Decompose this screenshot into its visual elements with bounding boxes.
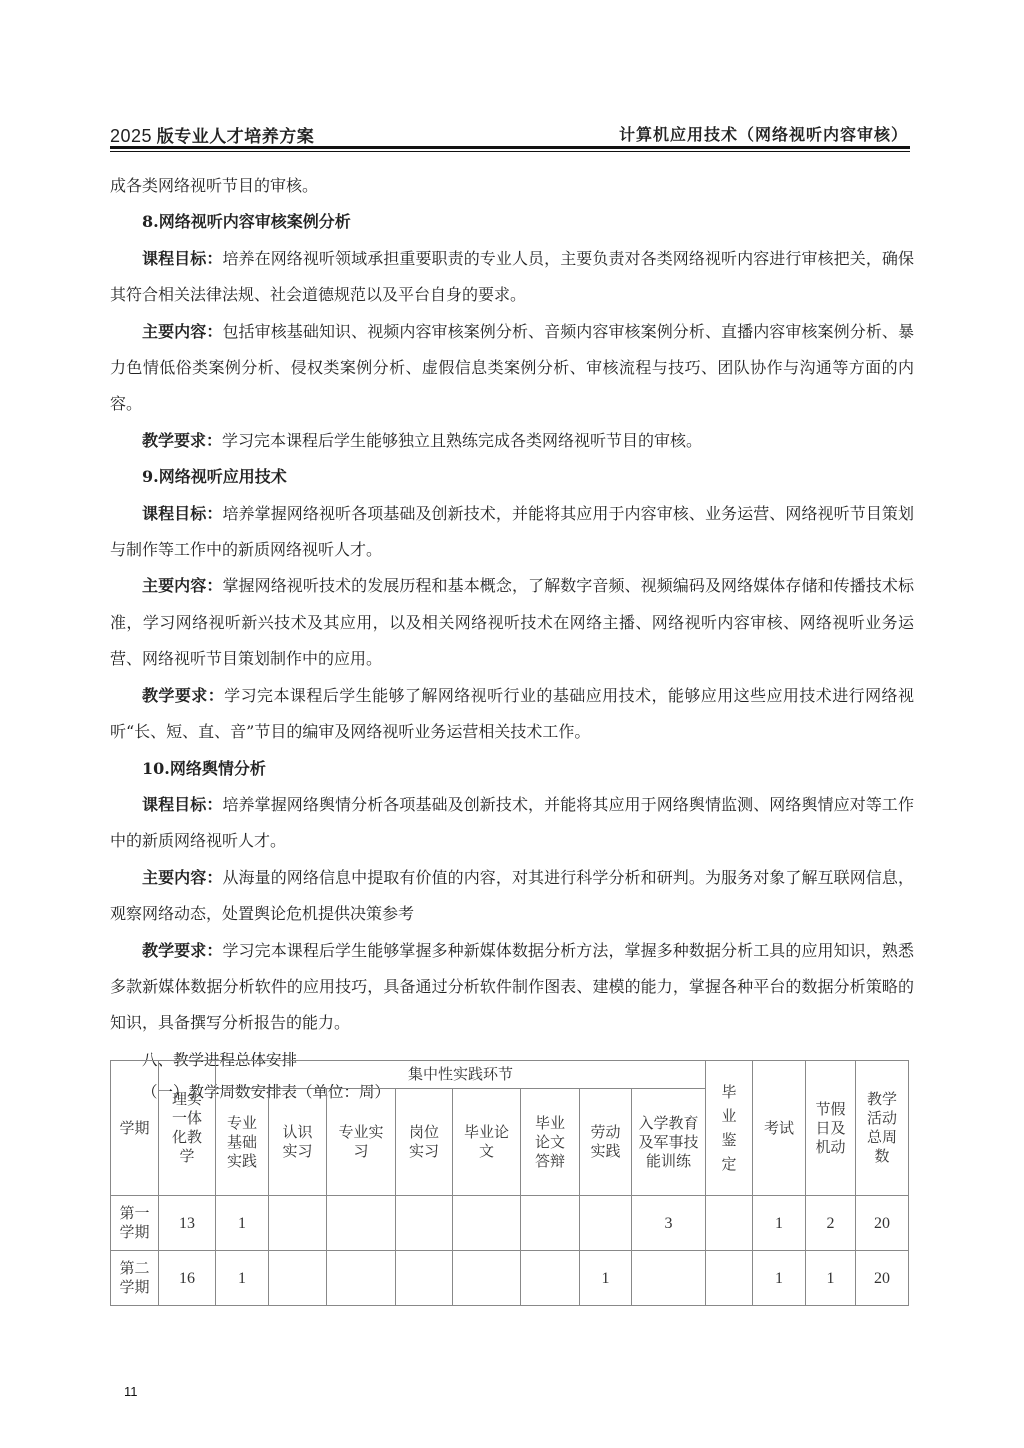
goal-text: 培养在网络视听领域承担重要职责的专业人员，主要负责对各类网络视听内容进行审核把关… [110, 249, 914, 304]
content-label: 主要内容： [142, 322, 222, 341]
cell-total: 20 [856, 1196, 909, 1251]
cell-exam: 1 [753, 1196, 806, 1251]
content-text: 掌握网络视听技术的发展历程和基本概念，了解数字音频、视频编码及网络媒体存储和传播… [110, 576, 914, 668]
course-8-goal: 课程目标：培养在网络视听领域承担重要职责的专业人员，主要负责对各类网络视听内容进… [110, 241, 914, 314]
header-rule-thick [110, 146, 910, 149]
req-label: 教学要求： [142, 431, 222, 450]
course-8-title: 8.网络视听内容审核案例分析 [110, 204, 914, 240]
cell-basic-practice: 1 [216, 1196, 269, 1251]
goal-label: 课程目标： [142, 795, 222, 814]
content-label: 主要内容： [142, 868, 222, 887]
table-row: 第一学期 13 1 3 1 2 20 [111, 1196, 909, 1251]
header-major-title: 计算机应用技术（网络视听内容审核） [619, 122, 908, 145]
course-9-content: 主要内容：掌握网络视听技术的发展历程和基本概念，了解数字音频、视频编码及网络媒体… [110, 568, 914, 677]
course-10-goal: 课程目标：培养掌握网络舆情分析各项基础及创新技术，并能将其应用于网络舆情监测、网… [110, 787, 914, 860]
content-label: 主要内容： [142, 576, 222, 595]
col-header-basic-practice: 专业基础实践 [216, 1089, 269, 1196]
cell-holiday: 2 [806, 1196, 856, 1251]
col-header-orientation-military: 入学教育及军事技能训练 [632, 1089, 706, 1196]
col-header-graduation-eval: 毕业鉴定 [706, 1061, 753, 1196]
header-program-title: 2025 版专业人才培养方案 [110, 122, 314, 147]
col-header-group-practice: 集中性实践环节 [216, 1061, 706, 1089]
goal-text: 培养掌握网络视听各项基础及创新技术，并能将其应用于内容审核、业务运营、网络视听节… [110, 504, 914, 559]
cell-basic-practice: 1 [216, 1251, 269, 1306]
cell-cognitive-internship [269, 1196, 327, 1251]
cell-job-internship [396, 1196, 453, 1251]
header-left-title: 版专业人才培养方案 [157, 127, 315, 146]
col-header-exam: 考试 [753, 1061, 806, 1196]
cell-labor-practice [580, 1196, 632, 1251]
course-8-requirements: 教学要求：学习完本课程后学生能够独立且熟练完成各类网络视听节目的审核。 [110, 423, 914, 459]
cell-integrated: 16 [159, 1251, 216, 1306]
req-label: 教学要求： [142, 686, 224, 705]
req-text: 学习完本课程后学生能够掌握多种新媒体数据分析方法，掌握多种数据分析工具的应用知识… [110, 941, 914, 1033]
cell-term: 第一学期 [111, 1196, 159, 1251]
cell-total: 20 [856, 1251, 909, 1306]
table-header-row-1: 学期 理实一体化教学 集中性实践环节 毕业鉴定 考试 节假日及机动 教学活动总周… [111, 1061, 909, 1089]
col-header-thesis: 毕业论文 [453, 1089, 521, 1196]
cell-professional-internship [327, 1251, 396, 1306]
page-number: 11 [124, 1384, 138, 1399]
goal-label: 课程目标： [142, 504, 222, 523]
req-text: 学习完本课程后学生能够独立且熟练完成各类网络视听节目的审核。 [222, 431, 702, 450]
col-header-cognitive-internship: 认识实习 [269, 1089, 327, 1196]
col-header-holiday: 节假日及机动 [806, 1061, 856, 1196]
cell-term: 第二学期 [111, 1251, 159, 1306]
course-9-requirements: 教学要求：学习完本课程后学生能够了解网络视听行业的基础应用技术，能够应用这些应用… [110, 678, 914, 751]
cell-orientation-military: 3 [632, 1196, 706, 1251]
col-header-total: 教学活动总周数 [856, 1061, 909, 1196]
col-header-job-internship: 岗位实习 [396, 1089, 453, 1196]
goal-label: 课程目标： [142, 249, 222, 268]
cell-orientation-military [632, 1251, 706, 1306]
cell-holiday: 1 [806, 1251, 856, 1306]
table-row: 第二学期 16 1 1 1 1 20 [111, 1251, 909, 1306]
col-header-thesis-defense: 毕业论文答辩 [521, 1089, 580, 1196]
col-header-professional-internship: 专业实习 [327, 1089, 396, 1196]
teaching-weeks-table: 学期 理实一体化教学 集中性实践环节 毕业鉴定 考试 节假日及机动 教学活动总周… [110, 1060, 909, 1306]
cell-thesis-defense [521, 1251, 580, 1306]
cell-exam: 1 [753, 1251, 806, 1306]
req-text: 学习完本课程后学生能够了解网络视听行业的基础应用技术，能够应用这些应用技术进行网… [110, 686, 914, 741]
col-header-term: 学期 [111, 1061, 159, 1196]
req-label: 教学要求： [142, 941, 222, 960]
goal-text: 培养掌握网络舆情分析各项基础及创新技术，并能将其应用于网络舆情监测、网络舆情应对… [110, 795, 914, 850]
course-9-goal: 课程目标：培养掌握网络视听各项基础及创新技术，并能将其应用于内容审核、业务运营、… [110, 496, 914, 569]
content-text: 包括审核基础知识、视频内容审核案例分析、音频内容审核案例分析、直播内容审核案例分… [110, 322, 914, 414]
col-header-labor-practice: 劳动实践 [580, 1089, 632, 1196]
cell-thesis [453, 1251, 521, 1306]
course-10-content: 主要内容：从海量的网络信息中提取有价值的内容，对其进行科学分析和研判。为服务对象… [110, 860, 914, 933]
header-rule-thin [110, 151, 910, 152]
course-9-title: 9.网络视听应用技术 [110, 459, 914, 495]
course-10-requirements: 教学要求：学习完本课程后学生能够掌握多种新媒体数据分析方法，掌握多种数据分析工具… [110, 933, 914, 1042]
col-header-integrated: 理实一体化教学 [159, 1061, 216, 1196]
course-10-title: 10.网络舆情分析 [110, 751, 914, 787]
page-header: 2025 版专业人才培养方案 计算机应用技术（网络视听内容审核） [110, 122, 908, 146]
cell-labor-practice: 1 [580, 1251, 632, 1306]
cell-thesis-defense [521, 1196, 580, 1251]
course-8-content: 主要内容：包括审核基础知识、视频内容审核案例分析、音频内容审核案例分析、直播内容… [110, 314, 914, 423]
document-body: 成各类网络视听节目的审核。 8.网络视听内容审核案例分析 课程目标：培养在网络视… [110, 168, 914, 1108]
cell-integrated: 13 [159, 1196, 216, 1251]
content-text: 从海量的网络信息中提取有价值的内容，对其进行科学分析和研判。为服务对象了解互联网… [110, 868, 914, 923]
header-year: 2025 [110, 126, 152, 146]
continuation-text: 成各类网络视听节目的审核。 [110, 168, 914, 204]
cell-job-internship [396, 1251, 453, 1306]
cell-professional-internship [327, 1196, 396, 1251]
cell-cognitive-internship [269, 1251, 327, 1306]
cell-graduation-eval [706, 1196, 753, 1251]
cell-thesis [453, 1196, 521, 1251]
cell-graduation-eval [706, 1251, 753, 1306]
